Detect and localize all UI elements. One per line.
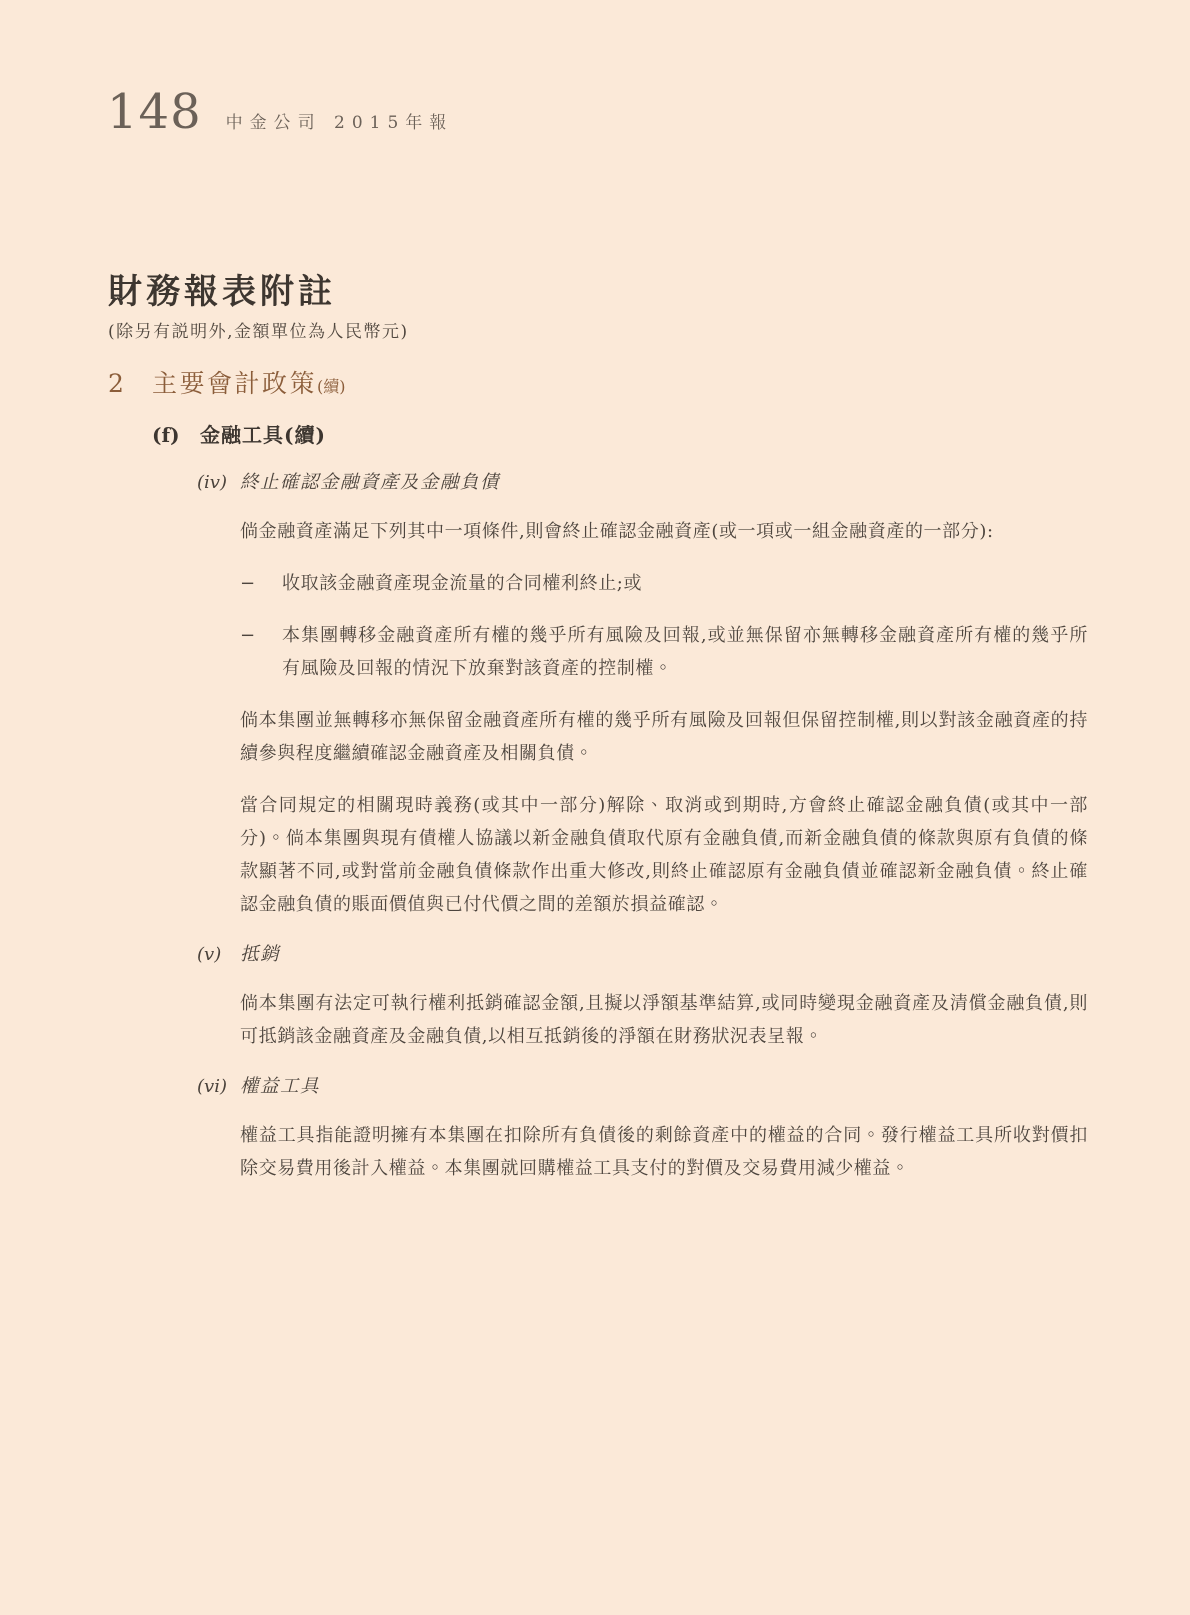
- item-vi-body: 權益工具 權益工具指能證明擁有本集團在扣除所有負債後的剩餘資產中的權益的合同。發…: [240, 1074, 1088, 1185]
- report-page: 148 中金公司 2015年報 財務報表附註 (除另有説明外,金額單位為人民幣元…: [0, 0, 1190, 1615]
- item-iv: (iv) 終止確認金融資產及金融負債 倘金融資產滿足下列其中一項條件,則會終止確…: [152, 470, 1088, 921]
- section-continued-label: (續): [317, 377, 346, 396]
- item-iv-body: 終止確認金融資產及金融負債 倘金融資產滿足下列其中一項條件,則會終止確認金融資產…: [240, 470, 1088, 921]
- section-title: 主要會計政策: [152, 369, 317, 398]
- section-number: 2: [108, 367, 152, 1185]
- dash-bullet-icon: −: [240, 567, 282, 600]
- running-head: 148 中金公司 2015年報: [107, 88, 453, 136]
- paragraph: 倘金融資產滿足下列其中一項條件,則會終止確認金融資產(或一項或一組金融資產的一部…: [240, 515, 1088, 548]
- list-item-text: 本集團轉移金融資產所有權的幾乎所有風險及回報,或並無保留亦無轉移金融資產所有權的…: [282, 619, 1088, 685]
- item-v: (v) 抵銷 倘本集團有法定可執行權利抵銷確認金額,且擬以淨額基準結算,或同時變…: [152, 942, 1088, 1053]
- section-2: 2 主要會計政策(續) (f) 金融工具(續) (iv) 終止確認金融資產及金融…: [108, 367, 1088, 1185]
- item-v-heading: 抵銷: [240, 942, 1088, 968]
- dash-bullet-icon: −: [240, 619, 282, 685]
- list-item-text: 收取該金融資產現金流量的合同權利終止;或: [282, 567, 1088, 600]
- report-name: 中金公司 2015年報: [226, 108, 454, 133]
- item-v-label: (v): [197, 942, 240, 1053]
- item-iv-label: (iv): [197, 470, 240, 921]
- document-body: 財務報表附註 (除另有説明外,金額單位為人民幣元) 2 主要會計政策(續) (f…: [108, 272, 1088, 1185]
- item-vi-label: (vi): [197, 1074, 240, 1185]
- list-item: − 收取該金融資產現金流量的合同權利終止;或: [240, 567, 1088, 600]
- item-vi-heading: 權益工具: [240, 1074, 1088, 1100]
- paragraph: 權益工具指能證明擁有本集團在扣除所有負債後的剩餘資產中的權益的合同。發行權益工具…: [240, 1119, 1088, 1185]
- page-number: 148: [107, 88, 202, 136]
- paragraph: 倘本集團並無轉移亦無保留金融資產所有權的幾乎所有風險及回報但保留控制權,則以對該…: [240, 704, 1088, 770]
- paragraph: 倘本集團有法定可執行權利抵銷確認金額,且擬以淨額基準結算,或同時變現金融資產及清…: [240, 987, 1088, 1053]
- item-v-body: 抵銷 倘本集團有法定可執行權利抵銷確認金額,且擬以淨額基準結算,或同時變現金融資…: [240, 942, 1088, 1053]
- section-body: 主要會計政策(續) (f) 金融工具(續) (iv) 終止確認金融資產及金融負債…: [152, 367, 1088, 1185]
- subsection-title: 金融工具(續): [200, 421, 326, 449]
- subsection-label: (f): [152, 421, 200, 449]
- subsection-f: (f) 金融工具(續): [152, 421, 1088, 449]
- list-item: − 本集團轉移金融資產所有權的幾乎所有風險及回報,或並無保留亦無轉移金融資產所有…: [240, 619, 1088, 685]
- section-title-row: 主要會計政策(續): [152, 367, 1088, 404]
- page-title: 財務報表附註: [108, 272, 1088, 312]
- paragraph: 當合同規定的相關現時義務(或其中一部分)解除、取消或到期時,方會終止確認金融負債…: [240, 789, 1088, 921]
- item-vi: (vi) 權益工具 權益工具指能證明擁有本集團在扣除所有負債後的剩餘資產中的權益…: [152, 1074, 1088, 1185]
- item-iv-heading: 終止確認金融資產及金融負債: [240, 470, 1088, 496]
- page-subtitle: (除另有説明外,金額單位為人民幣元): [108, 320, 1088, 344]
